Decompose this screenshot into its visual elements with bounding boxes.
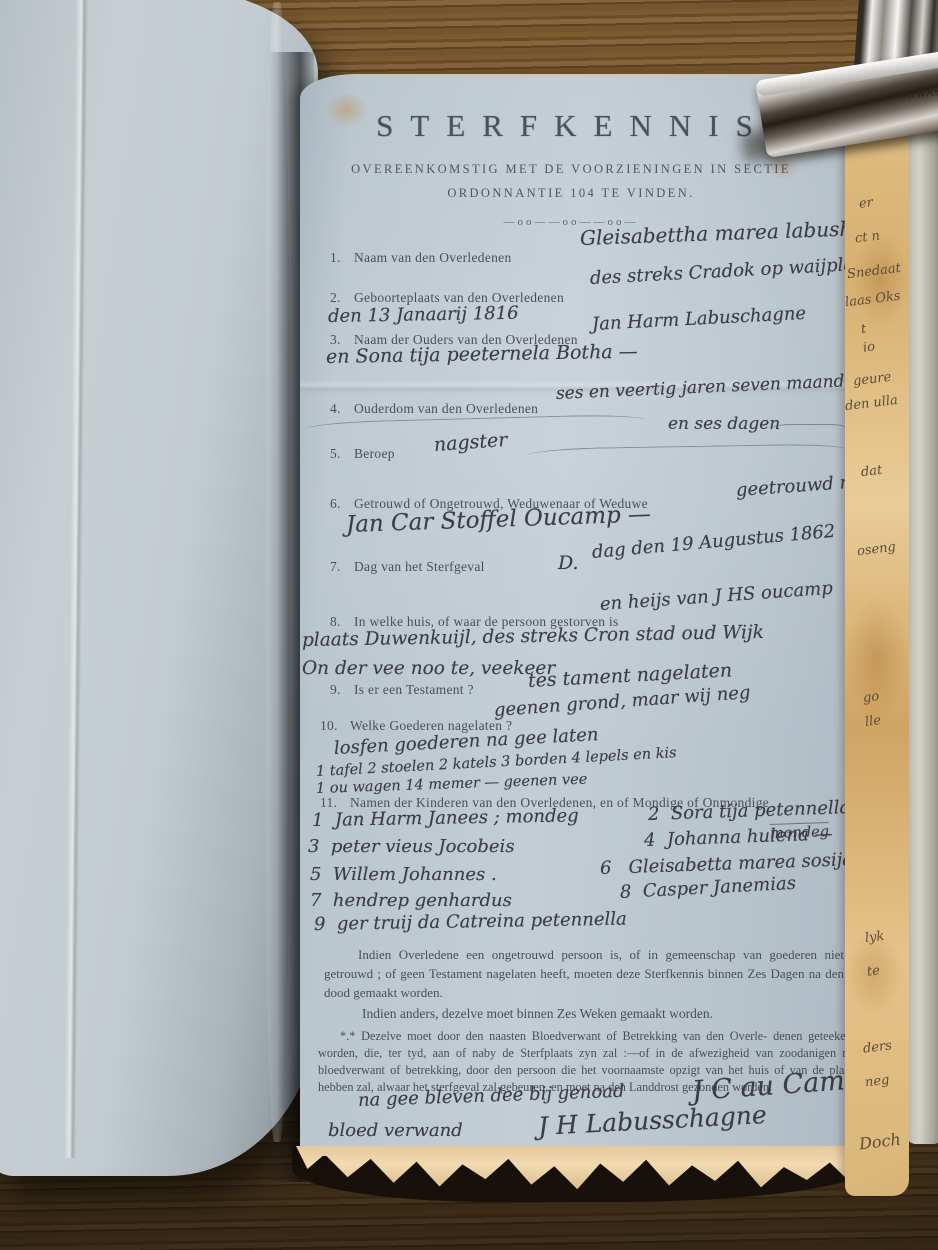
margin-fragment: te: [866, 963, 881, 979]
form-subtitle-1: OVEREENKOMSTIG MET DE VOORZIENINGEN IN S…: [300, 162, 842, 177]
child-entry-9: 9 ger truij da Catreina petennella: [314, 909, 627, 935]
sterfkennis-form-page: STERFKENNIS OVEREENKOMSTIG MET DE VOORZI…: [300, 74, 856, 1156]
photo-scene: STERFKENNIS OVEREENKOMSTIG MET DE VOORZI…: [0, 0, 938, 1250]
item-number: 9.: [330, 682, 354, 698]
item-number: 10.: [320, 718, 350, 734]
item-8-answer-handwriting: en heijs van J HS oucamp: [599, 578, 833, 615]
item-8-answer-line3-handwriting: On der vee noo te, veekeer: [302, 658, 555, 679]
item-label-text: Is er een Testament ?: [354, 682, 474, 697]
margin-fragment: laas Oks: [844, 289, 901, 311]
clip-stamp-text: TAIWAN: [896, 86, 938, 103]
item-label-text: Dag van het Sterfgeval: [354, 559, 485, 574]
margin-fragment: Snedaat: [846, 261, 901, 282]
item-2-answer-handwriting: des streks Cradok op waijplaas: [589, 253, 874, 289]
item-number: 4.: [330, 401, 354, 417]
margin-fragment: io: [862, 339, 876, 355]
margin-fragment: Doch: [858, 1130, 902, 1154]
margin-fragment: geure: [852, 370, 892, 390]
far-right-page-edge: [906, 52, 938, 1144]
form-item-9-label: 9.Is er een Testament ?: [330, 682, 474, 698]
form-item-5-label: 5.Beroep: [330, 446, 395, 462]
margin-fragment: ders: [862, 1038, 893, 1056]
margin-fragment: oseng: [856, 540, 896, 560]
form-subtitle-2: ORDONNANTIE 104 TE VINDEN.: [300, 186, 842, 201]
item-3-answer-handwriting: Jan Harm Labuschagne: [591, 303, 806, 335]
item-number: 5.: [330, 446, 354, 462]
child-entry-1: 1 Jan Harm Janees ; mondeg: [312, 805, 579, 831]
margin-fragment: er: [858, 195, 874, 212]
item-label-text: Ouderdom van den Overledenen: [354, 401, 538, 416]
child-entry-5: 5 Willem Johannes .: [310, 864, 497, 885]
item-number: 7.: [330, 559, 354, 575]
margin-fragment: lle: [864, 713, 882, 730]
footnote-marker: *.*: [340, 1029, 355, 1043]
child-entry-3: 3 peter vieus Jocobeis: [308, 836, 515, 857]
footer-paragraph-1: Indien Overledene een ongetrouwd persoon…: [324, 946, 844, 1003]
margin-fragment: ct n: [854, 229, 881, 247]
form-item-4-label: 4.Ouderdom van den Overledenen: [330, 401, 538, 417]
child-entry-6: 6 Gleisabetta marea sosija: [600, 849, 854, 879]
child-entry-4: 4 Johanna hulena —: [644, 823, 833, 851]
margin-fragment: go: [862, 689, 880, 706]
item-number: 6.: [330, 496, 354, 512]
footer-paragraph-2: Indien anders, dezelve moet binnen Zes W…: [362, 1004, 713, 1024]
margin-fragment: den ulla: [844, 393, 898, 414]
form-item-7-label: 7.Dag van het Sterfgeval: [330, 559, 485, 575]
item-label-text: Naam van den Overledenen: [354, 250, 512, 265]
page-crease: [64, 0, 88, 1158]
item-number: 1.: [330, 250, 354, 266]
item-number: 8.: [330, 614, 354, 630]
margin-fragment: t: [860, 322, 867, 338]
signature-jh-labusschagne: J H Labusschagne: [537, 1100, 767, 1141]
item-number: 2.: [330, 290, 354, 306]
pen-flourish: [528, 443, 848, 462]
margin-fragment: lyk: [864, 929, 885, 946]
item-4-answer-line2-handwriting: en ses dagen: [668, 414, 780, 434]
form-item-1-label: 1.Naam van den Overledenen: [330, 250, 512, 266]
item-label-text: Beroep: [354, 446, 395, 461]
item-7-answer-handwriting: D.: [558, 552, 579, 574]
item-3-answer-line2-handwriting: en Sona tija peeternela Botha —: [326, 341, 638, 368]
margin-fragment: neg: [864, 1073, 890, 1091]
child-entry-7: 7 hendrep genhardus: [310, 890, 512, 911]
footer-paragraph-1-text: Indien Overledene een ongetrouwd persoon…: [324, 947, 844, 1000]
margin-fragment: dat: [860, 463, 883, 480]
item-2-answer-line2-handwriting: den 13 Janaarij 1816: [328, 303, 519, 327]
pen-flourish: [770, 424, 850, 437]
item-4-answer-handwriting: ses en veertig jaren seven maanden en: [556, 369, 893, 404]
item-5-answer-handwriting: nagster: [433, 429, 508, 456]
signature-note-line2: bloed verwand: [328, 1120, 463, 1141]
stained-page-strip: er ct n Snedaat laas Oks t io geure den …: [845, 78, 909, 1196]
